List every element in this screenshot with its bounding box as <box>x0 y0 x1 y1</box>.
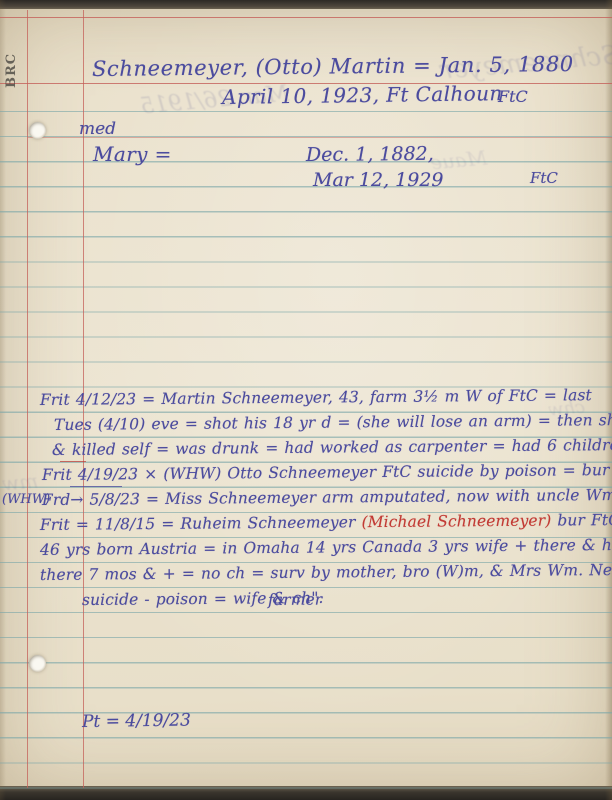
entry-name-line: Schneemeyer, (Otto) Martin = Jan. 5, 188… <box>92 52 574 81</box>
entry-spouse-birth-date: Dec. 1, 1882, <box>306 143 434 166</box>
hole-punch-top <box>29 122 46 139</box>
entry-death-date-line: April 10, 1923, Ft Calhoun <box>222 81 503 109</box>
pen-underline-killed <box>60 461 86 462</box>
entry-spouse-name: Mary = <box>93 142 172 166</box>
pen-underline-date <box>70 486 122 487</box>
scan-edge-top <box>0 0 612 9</box>
note-line-9-occupation: farmer <box>268 591 322 609</box>
red-margin-line-outer <box>27 10 28 788</box>
entry-med-label: med <box>79 119 116 139</box>
note-line-6-pre: Frit = 11/8/15 = Ruheim Schneemeyer <box>40 513 362 534</box>
scanned-ledger-page: Schneemeyer Mar. 26/1915 Maue chw mw BRC… <box>0 0 612 800</box>
hole-punch-bottom <box>29 655 46 672</box>
red-header-rule-top <box>0 17 612 18</box>
footer-date-note: Pt = 4/19/23 <box>82 710 191 732</box>
edge-annotation: BRC <box>4 53 19 88</box>
entry-spouse-death-date: Mar 12, 1929 <box>313 169 444 191</box>
entry-cemetery-abbrev-2: FtC <box>530 169 558 187</box>
entry-cemetery-abbrev-1: FtC <box>498 87 528 106</box>
note-line-6-post: bur FtC 11/30/15 = <box>551 510 612 529</box>
note-line-6-red-correction: (Michael Schneemeyer) <box>361 512 551 532</box>
